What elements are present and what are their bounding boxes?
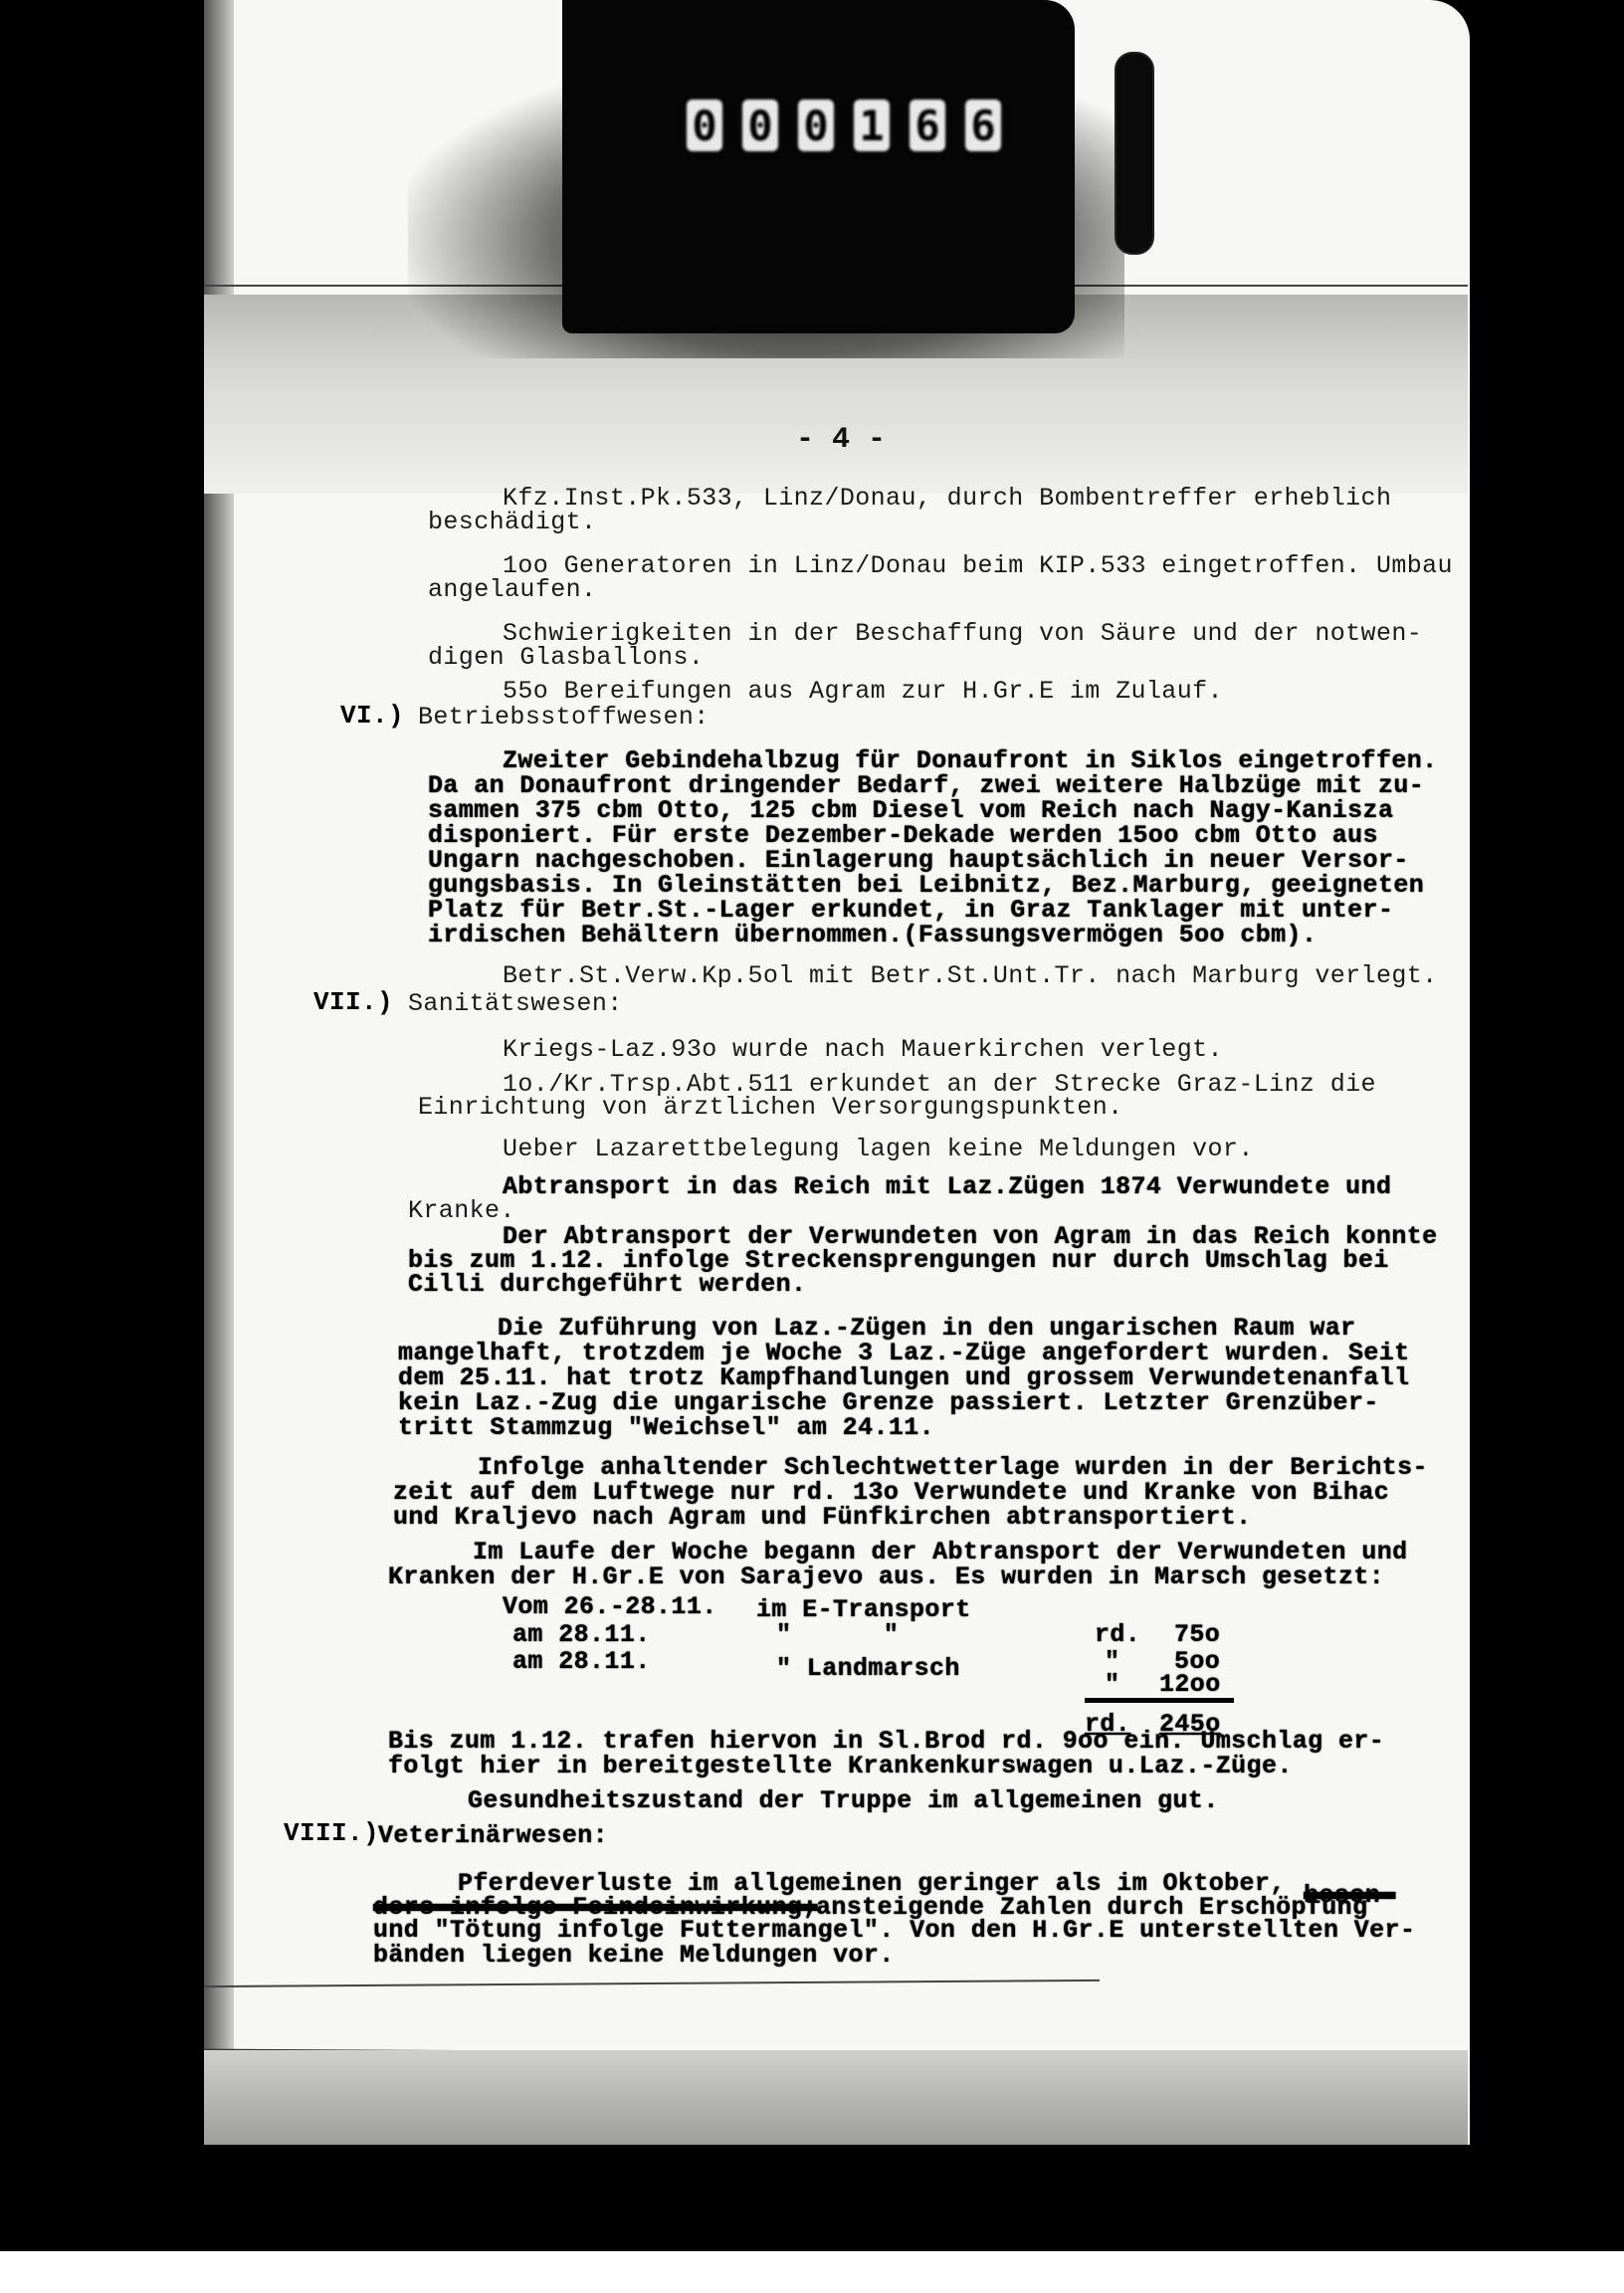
table-cell-date: Vom 26.-28.11. <box>503 1592 717 1621</box>
paragraph-line: Kfz.Inst.Pk.533, Linz/Donau, durch Bombe… <box>503 484 1391 513</box>
frame-counter: 0 0 0 1 6 6 <box>687 100 1001 151</box>
paragraph-line: und Kraljevo nach Agram und Fünfkirchen … <box>393 1503 1252 1532</box>
paragraph-line: Kriegs-Laz.93o wurde nach Mauerkirchen v… <box>503 1035 1223 1064</box>
paragraph-line: Ueber Lazarettbelegung lagen keine Meldu… <box>503 1135 1254 1163</box>
paragraph-line: Einrichtung von ärztlichen Versorgungspu… <box>418 1093 1123 1122</box>
paragraph-line: 1oo Generatoren in Linz/Donau beim KIP.5… <box>503 551 1453 580</box>
section-title: Betriebsstoffwesen: <box>418 703 710 731</box>
counter-digit: 0 <box>798 100 834 151</box>
document-body: Kfz.Inst.Pk.533, Linz/Donau, durch Bombe… <box>0 0 31 2193</box>
page-lower-shade <box>204 2050 1468 2145</box>
sum-rule <box>1085 1698 1234 1703</box>
section-number: VII.) <box>313 988 393 1017</box>
paragraph-line: Gesundheitszustand der Truppe im allgeme… <box>468 1786 1219 1815</box>
table-cell-mode: " " <box>776 1620 899 1649</box>
frame-counter-device <box>562 0 1075 333</box>
counter-digit: 0 <box>687 100 722 151</box>
paragraph-line: Cilli durchgeführt werden. <box>408 1270 806 1299</box>
counter-digit: 6 <box>965 100 1001 151</box>
table-cell-date: am 28.11. <box>512 1620 651 1649</box>
section-number: VIII.) <box>284 1819 379 1848</box>
section-number: VI.) <box>340 702 404 730</box>
table-cell-value: 75o <box>1174 1620 1220 1649</box>
table-cell-prefix: rd. <box>1095 1620 1140 1649</box>
table-cell-date: am 28.11. <box>512 1647 651 1676</box>
paragraph-line: irdischen Behältern übernommen.(Fassungs… <box>428 921 1317 949</box>
counter-digit: 0 <box>742 100 778 151</box>
counter-digit: 1 <box>854 100 890 151</box>
paragraph-line: Kranken der H.Gr.E von Sarajevo aus. Es … <box>388 1563 1384 1591</box>
counter-digit: 6 <box>910 100 945 151</box>
counter-knob <box>1115 52 1154 255</box>
paragraph-line: digen Glasballons. <box>428 643 704 672</box>
film-edge-strip <box>0 2251 1624 2293</box>
page-number: - 4 - <box>796 423 886 457</box>
section-title: Sanitätswesen: <box>408 989 623 1018</box>
paragraph-line: angelaufen. <box>428 575 596 604</box>
section-title: Veterinärwesen: <box>378 1821 608 1850</box>
paragraph-line: tritt Stammzug "Weichsel" am 24.11. <box>398 1413 934 1442</box>
table-cell-prefix: " <box>1105 1670 1119 1699</box>
paragraph-line: Betr.St.Verw.Kp.5ol mit Betr.St.Unt.Tr. … <box>503 961 1438 990</box>
paragraph-line: Abtransport in das Reich mit Laz.Zügen 1… <box>503 1172 1391 1201</box>
table-cell-value: 12oo <box>1159 1670 1221 1699</box>
paragraph-line: folgt hier in bereitgestellte Krankenkur… <box>388 1752 1293 1780</box>
paragraph-line: beschädigt. <box>428 508 596 536</box>
table-cell-mode: " Landmarsch <box>776 1654 960 1683</box>
paragraph-line: 55o Bereifungen aus Agram zur H.Gr.E im … <box>503 677 1223 706</box>
paragraph-line: bänden liegen keine Meldungen vor. <box>373 1941 895 1970</box>
paragraph-line: Kranke. <box>408 1196 515 1225</box>
